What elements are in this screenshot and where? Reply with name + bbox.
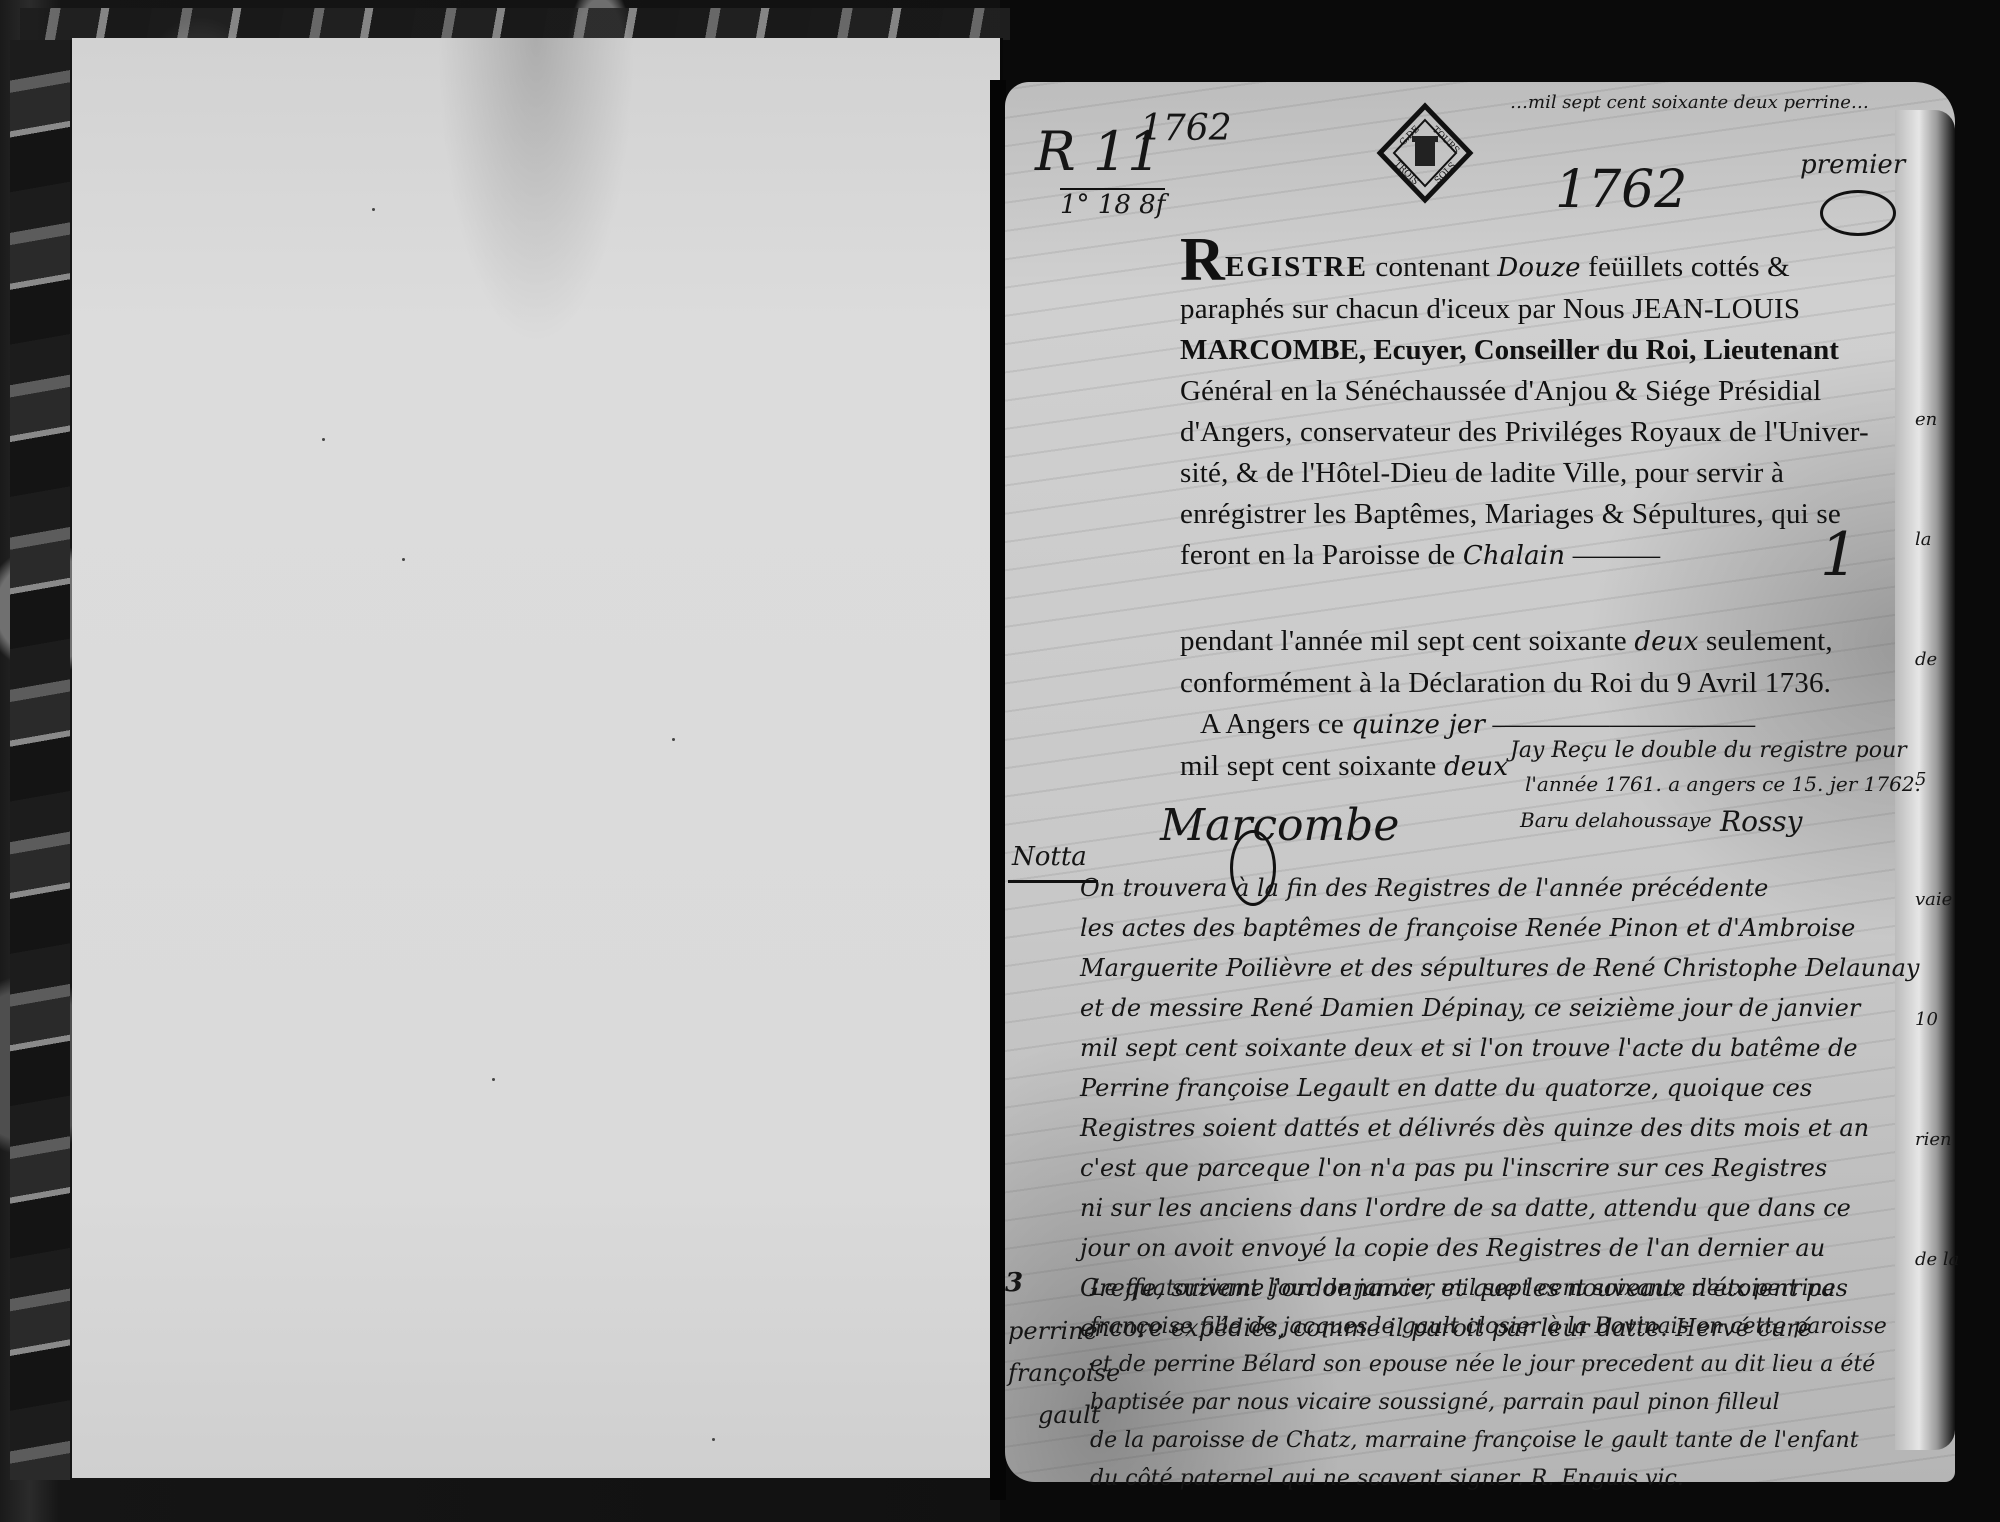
form-line: enrégistrer les Baptêmes, Mariages & Sép… <box>1180 494 1900 535</box>
top-margin-note: …mil sept cent soixante deux perrine… <box>1510 92 1869 113</box>
handwritten-parish: Chalain <box>1463 541 1565 571</box>
receipt-note-line1: Jay Reçu le double du registre pour <box>1510 738 1907 763</box>
archive-ref-2: 1762 <box>1140 108 1232 149</box>
nota-line: Registres soient dattés et délivrés dès … <box>1080 1108 1919 1148</box>
signature-marcombe: Marcombe <box>1160 800 1399 851</box>
archive-ref-3: 1° 18 8f <box>1060 188 1165 220</box>
edge-note: la <box>1915 480 1959 600</box>
form-line: conformément à la Déclaration du Roi du … <box>1180 663 1900 704</box>
form-text: A Angers ce <box>1200 708 1344 740</box>
form-text: pendant l'année mil sept cent soixante <box>1180 625 1627 657</box>
side-note-premier: premier <box>1800 150 1905 180</box>
edge-note: 10 <box>1915 960 1959 1080</box>
handwritten-count: Douze <box>1497 253 1580 283</box>
edge-note: vaie <box>1915 840 1959 960</box>
nota-margin-label: Notta <box>1012 842 1087 872</box>
nota-line: les actes des baptêmes de françoise René… <box>1080 908 1919 948</box>
form-line: d'Angers, conservateur des Priviléges Ro… <box>1180 412 1900 453</box>
marbled-binding-left <box>10 40 70 1480</box>
folio-number: 1 <box>1820 520 1858 590</box>
blank-flyleaf-page <box>72 38 1003 1478</box>
page-gutter <box>990 80 1006 1500</box>
edge-note: de <box>1915 600 1959 720</box>
right-edge-notes: en la de 5 vaie 10 rien de la <box>1915 360 1959 1320</box>
form-line: MARCOMBE, Ecuyer, Conseiller du Roi, Lie… <box>1180 330 1900 371</box>
form-text: seulement, <box>1706 625 1833 657</box>
entry-margin-number: 3 <box>1005 1268 1023 1298</box>
nota-line: mil sept cent soixante deux et si l'on t… <box>1080 1028 1919 1068</box>
edge-note: en <box>1915 360 1959 480</box>
signature-baru: Baru delahoussaye <box>1520 808 1712 832</box>
entry-line: françoise fille de jacques le gault clos… <box>1090 1308 1887 1346</box>
nota-line: ni sur les anciens dans l'ordre de sa da… <box>1080 1188 1919 1228</box>
form-text: feüillets cottés & <box>1588 251 1790 283</box>
year-heading: 1762 <box>1555 160 1687 220</box>
nota-line: Marguerite Poilièvre et des sépultures d… <box>1080 948 1919 988</box>
entry-line: du côté paternel qui ne scavent signer. … <box>1090 1460 1887 1498</box>
entry-line: Le quatorzieme jour de janvier mil sept … <box>1090 1270 1887 1308</box>
form-line: paraphés sur chacun d'iceux par Nous JEA… <box>1180 289 1900 330</box>
form-line: sité, & de l'Hôtel-Dieu de ladite Ville,… <box>1180 453 1900 494</box>
baptism-entry: Le quatorzieme jour de janvier mil sept … <box>1090 1270 1887 1498</box>
form-text: mil sept cent soixante <box>1180 750 1436 782</box>
form-line: Général en la Sénéchaussée d'Anjou & Sié… <box>1180 371 1900 412</box>
edge-note: de la <box>1915 1200 1959 1320</box>
drop-cap: R <box>1180 226 1225 294</box>
register-heading: EGISTRE <box>1225 251 1368 283</box>
entry-line: baptisée par nous vicaire soussigné, par… <box>1090 1384 1887 1422</box>
entry-line: de la paroisse de Chatz, marraine franço… <box>1090 1422 1887 1460</box>
edge-note: rien <box>1915 1080 1959 1200</box>
nota-line: et de messire René Damien Dépinay, ce se… <box>1080 988 1919 1028</box>
handwritten-year: deux <box>1634 627 1698 657</box>
edge-note: 5 <box>1915 720 1959 840</box>
entry-line: et de perrine Bélard son epouse née le j… <box>1090 1346 1887 1384</box>
form-text: feront en la Paroisse de <box>1180 539 1455 571</box>
nota-line: c'est que parceque l'on n'a pas pu l'ins… <box>1080 1148 1919 1188</box>
nota-line: jour on avoit envoyé la copie des Regist… <box>1080 1228 1919 1268</box>
form-text: contenant <box>1375 251 1490 283</box>
signature-rossy: Rossy <box>1720 805 1803 838</box>
nota-line: Perrine françoise Legault en datte du qu… <box>1080 1068 1919 1108</box>
printed-register-form: REGISTRE contenant Douze feüillets cotté… <box>1180 232 1900 788</box>
handwritten-year: deux <box>1444 752 1508 782</box>
tax-stamp-icon: G.DE TOURS TROIS SOLS <box>1370 98 1480 208</box>
marbled-binding-top <box>20 8 1010 40</box>
paraph-flourish-icon <box>1820 190 1896 236</box>
handwritten-date: quinze jer <box>1351 710 1485 740</box>
nota-line: On trouvera à la fin des Registres de l'… <box>1080 868 1919 908</box>
receipt-note-line2: l'année 1761. a angers ce 15. jer 1762. <box>1525 772 1921 796</box>
